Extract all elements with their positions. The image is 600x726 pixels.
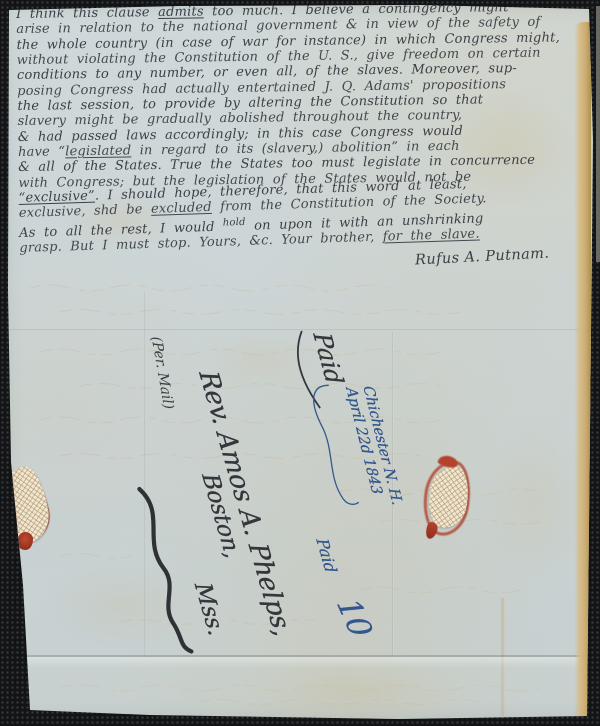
wax-seal-remnant-right [418, 456, 478, 546]
letter-line-text: excluded [151, 200, 212, 217]
address-panel: Paid Chichester N. H. April 22d 1843 Pai… [130, 330, 460, 670]
adjacent-page-edge [596, 6, 600, 262]
letter-line-text: admits [158, 4, 204, 20]
postmark-paid: Paid [312, 538, 341, 574]
red-wax [17, 532, 33, 550]
letter-body-text: I think this clause admits too much. I b… [16, 0, 587, 256]
letter-line-text: legislated [65, 143, 131, 159]
letter-sheet: I think this clause admits too much. I b… [0, 0, 600, 726]
recipient-state: Mss. [188, 581, 229, 637]
letter-line-text: I think this clause [16, 5, 158, 22]
letter-line-text: hold [223, 217, 246, 229]
photo-background: I think this clause admits too much. I b… [0, 0, 600, 726]
postage-rate: 10 [329, 595, 380, 641]
flourish-underline [131, 480, 197, 662]
per-mail-note: (Per. Mail) [148, 336, 177, 410]
letter-line-text: for the slave. [383, 227, 480, 245]
letter-line-text: have “ [18, 144, 65, 160]
wax-seal-remnant-left [1, 464, 55, 556]
